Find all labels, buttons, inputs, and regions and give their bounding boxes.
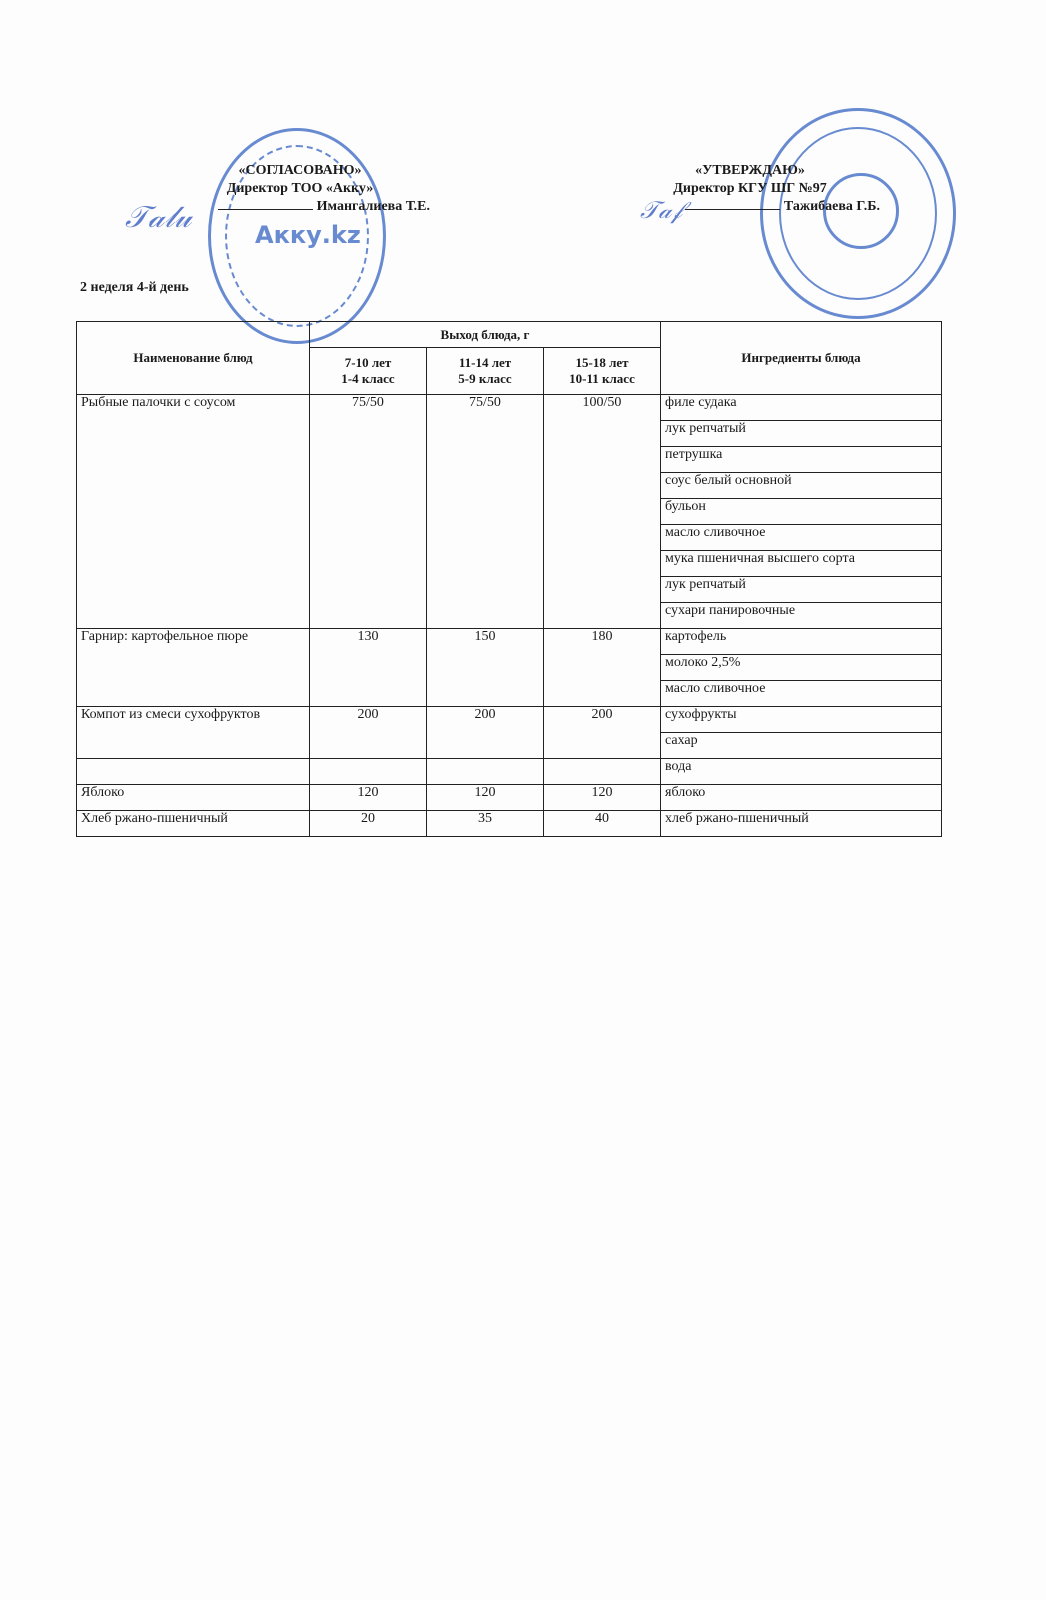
dish-yield: 120 — [544, 785, 661, 811]
ingredient: бульон — [661, 499, 942, 525]
ingredient: хлеб ржано-пшеничный — [661, 811, 942, 837]
table-row: вода — [77, 759, 942, 785]
ingredient: мука пшеничная высшего сорта — [661, 551, 942, 577]
company-stamp: Акку.kz — [208, 128, 386, 344]
table-row: Рыбные палочки с соусом75/5075/50100/50ф… — [77, 395, 942, 421]
dish-yield: 40 — [544, 811, 661, 837]
table-row: Гарнир: картофельное пюре130150180картоф… — [77, 629, 942, 655]
ingredient: петрушка — [661, 447, 942, 473]
dish-yield: 150 — [427, 629, 544, 707]
table-row: Хлеб ржано-пшеничный203540хлеб ржано-пше… — [77, 811, 942, 837]
header-yield: Выход блюда, г — [310, 322, 661, 348]
empty-cell — [544, 759, 661, 785]
grade-range: 1-4 класс — [314, 371, 422, 387]
dish-yield: 75/50 — [427, 395, 544, 629]
ingredient: лук репчатый — [661, 577, 942, 603]
ingredient: масло сливочное — [661, 681, 942, 707]
dish-name: Гарнир: картофельное пюре — [77, 629, 310, 707]
signature-line — [685, 209, 780, 210]
dish-name: Рыбные палочки с соусом — [77, 395, 310, 629]
dish-yield: 120 — [310, 785, 427, 811]
dish-yield: 180 — [544, 629, 661, 707]
ingredient: вода — [661, 759, 942, 785]
approval-signer: Имангалиева Т.Е. — [317, 199, 430, 214]
dish-yield: 200 — [544, 707, 661, 759]
ingredient: сахар — [661, 733, 942, 759]
age-range: 15-18 лет — [548, 355, 656, 371]
dish-yield: 20 — [310, 811, 427, 837]
dish-name: Яблоко — [77, 785, 310, 811]
dish-name: Компот из смеси сухофруктов — [77, 707, 310, 759]
approval-position: Директор ТОО «Акку» — [150, 180, 450, 198]
ingredient: лук репчатый — [661, 421, 942, 447]
ingredient: картофель — [661, 629, 942, 655]
dish-yield: 35 — [427, 811, 544, 837]
approval-block-approved: «УТВЕРЖДАЮ» Директор КГУ ШГ №97 Тажибаев… — [620, 162, 880, 216]
dish-yield: 200 — [427, 707, 544, 759]
header-dish-name: Наименование блюд — [77, 322, 310, 395]
empty-cell — [77, 759, 310, 785]
dish-name: Хлеб ржано-пшеничный — [77, 811, 310, 837]
ingredient: соус белый основной — [661, 473, 942, 499]
grade-range: 5-9 класс — [431, 371, 539, 387]
menu-table: Наименование блюд Выход блюда, г Ингреди… — [76, 321, 942, 837]
ingredient: молоко 2,5% — [661, 655, 942, 681]
approval-title: «СОГЛАСОВАНО» — [150, 162, 450, 180]
empty-cell — [310, 759, 427, 785]
ingredient: сухофрукты — [661, 707, 942, 733]
table-row: Яблоко120120120яблоко — [77, 785, 942, 811]
grade-range: 10-11 класс — [548, 371, 656, 387]
dish-yield: 130 — [310, 629, 427, 707]
ingredient: яблоко — [661, 785, 942, 811]
header-age-group: 15-18 лет10-11 класс — [544, 348, 661, 395]
header-age-group: 11-14 лет5-9 класс — [427, 348, 544, 395]
approval-position: Директор КГУ ШГ №97 — [620, 180, 880, 198]
table-row: Компот из смеси сухофруктов200200200сухо… — [77, 707, 942, 733]
header-age-group: 7-10 лет1-4 класс — [310, 348, 427, 395]
age-range: 7-10 лет — [314, 355, 422, 371]
dish-yield: 120 — [427, 785, 544, 811]
dish-yield: 100/50 — [544, 395, 661, 629]
approval-title: «УТВЕРЖДАЮ» — [620, 162, 880, 180]
dish-yield: 75/50 — [310, 395, 427, 629]
dish-yield: 200 — [310, 707, 427, 759]
approval-signer: Тажибаева Г.Б. — [784, 199, 880, 214]
ingredient: филе судака — [661, 395, 942, 421]
age-range: 11-14 лет — [431, 355, 539, 371]
stamp-logo: Акку.kz — [255, 221, 361, 249]
menu-day-title: 2 неделя 4-й день — [80, 280, 189, 296]
ingredient: сухари панировочные — [661, 603, 942, 629]
empty-cell — [427, 759, 544, 785]
header-ingredients: Ингредиенты блюда — [661, 322, 942, 395]
signature-line — [218, 209, 313, 210]
approval-block-agreed: «СОГЛАСОВАНО» Директор ТОО «Акку» Иманга… — [150, 162, 450, 216]
ingredient: масло сливочное — [661, 525, 942, 551]
